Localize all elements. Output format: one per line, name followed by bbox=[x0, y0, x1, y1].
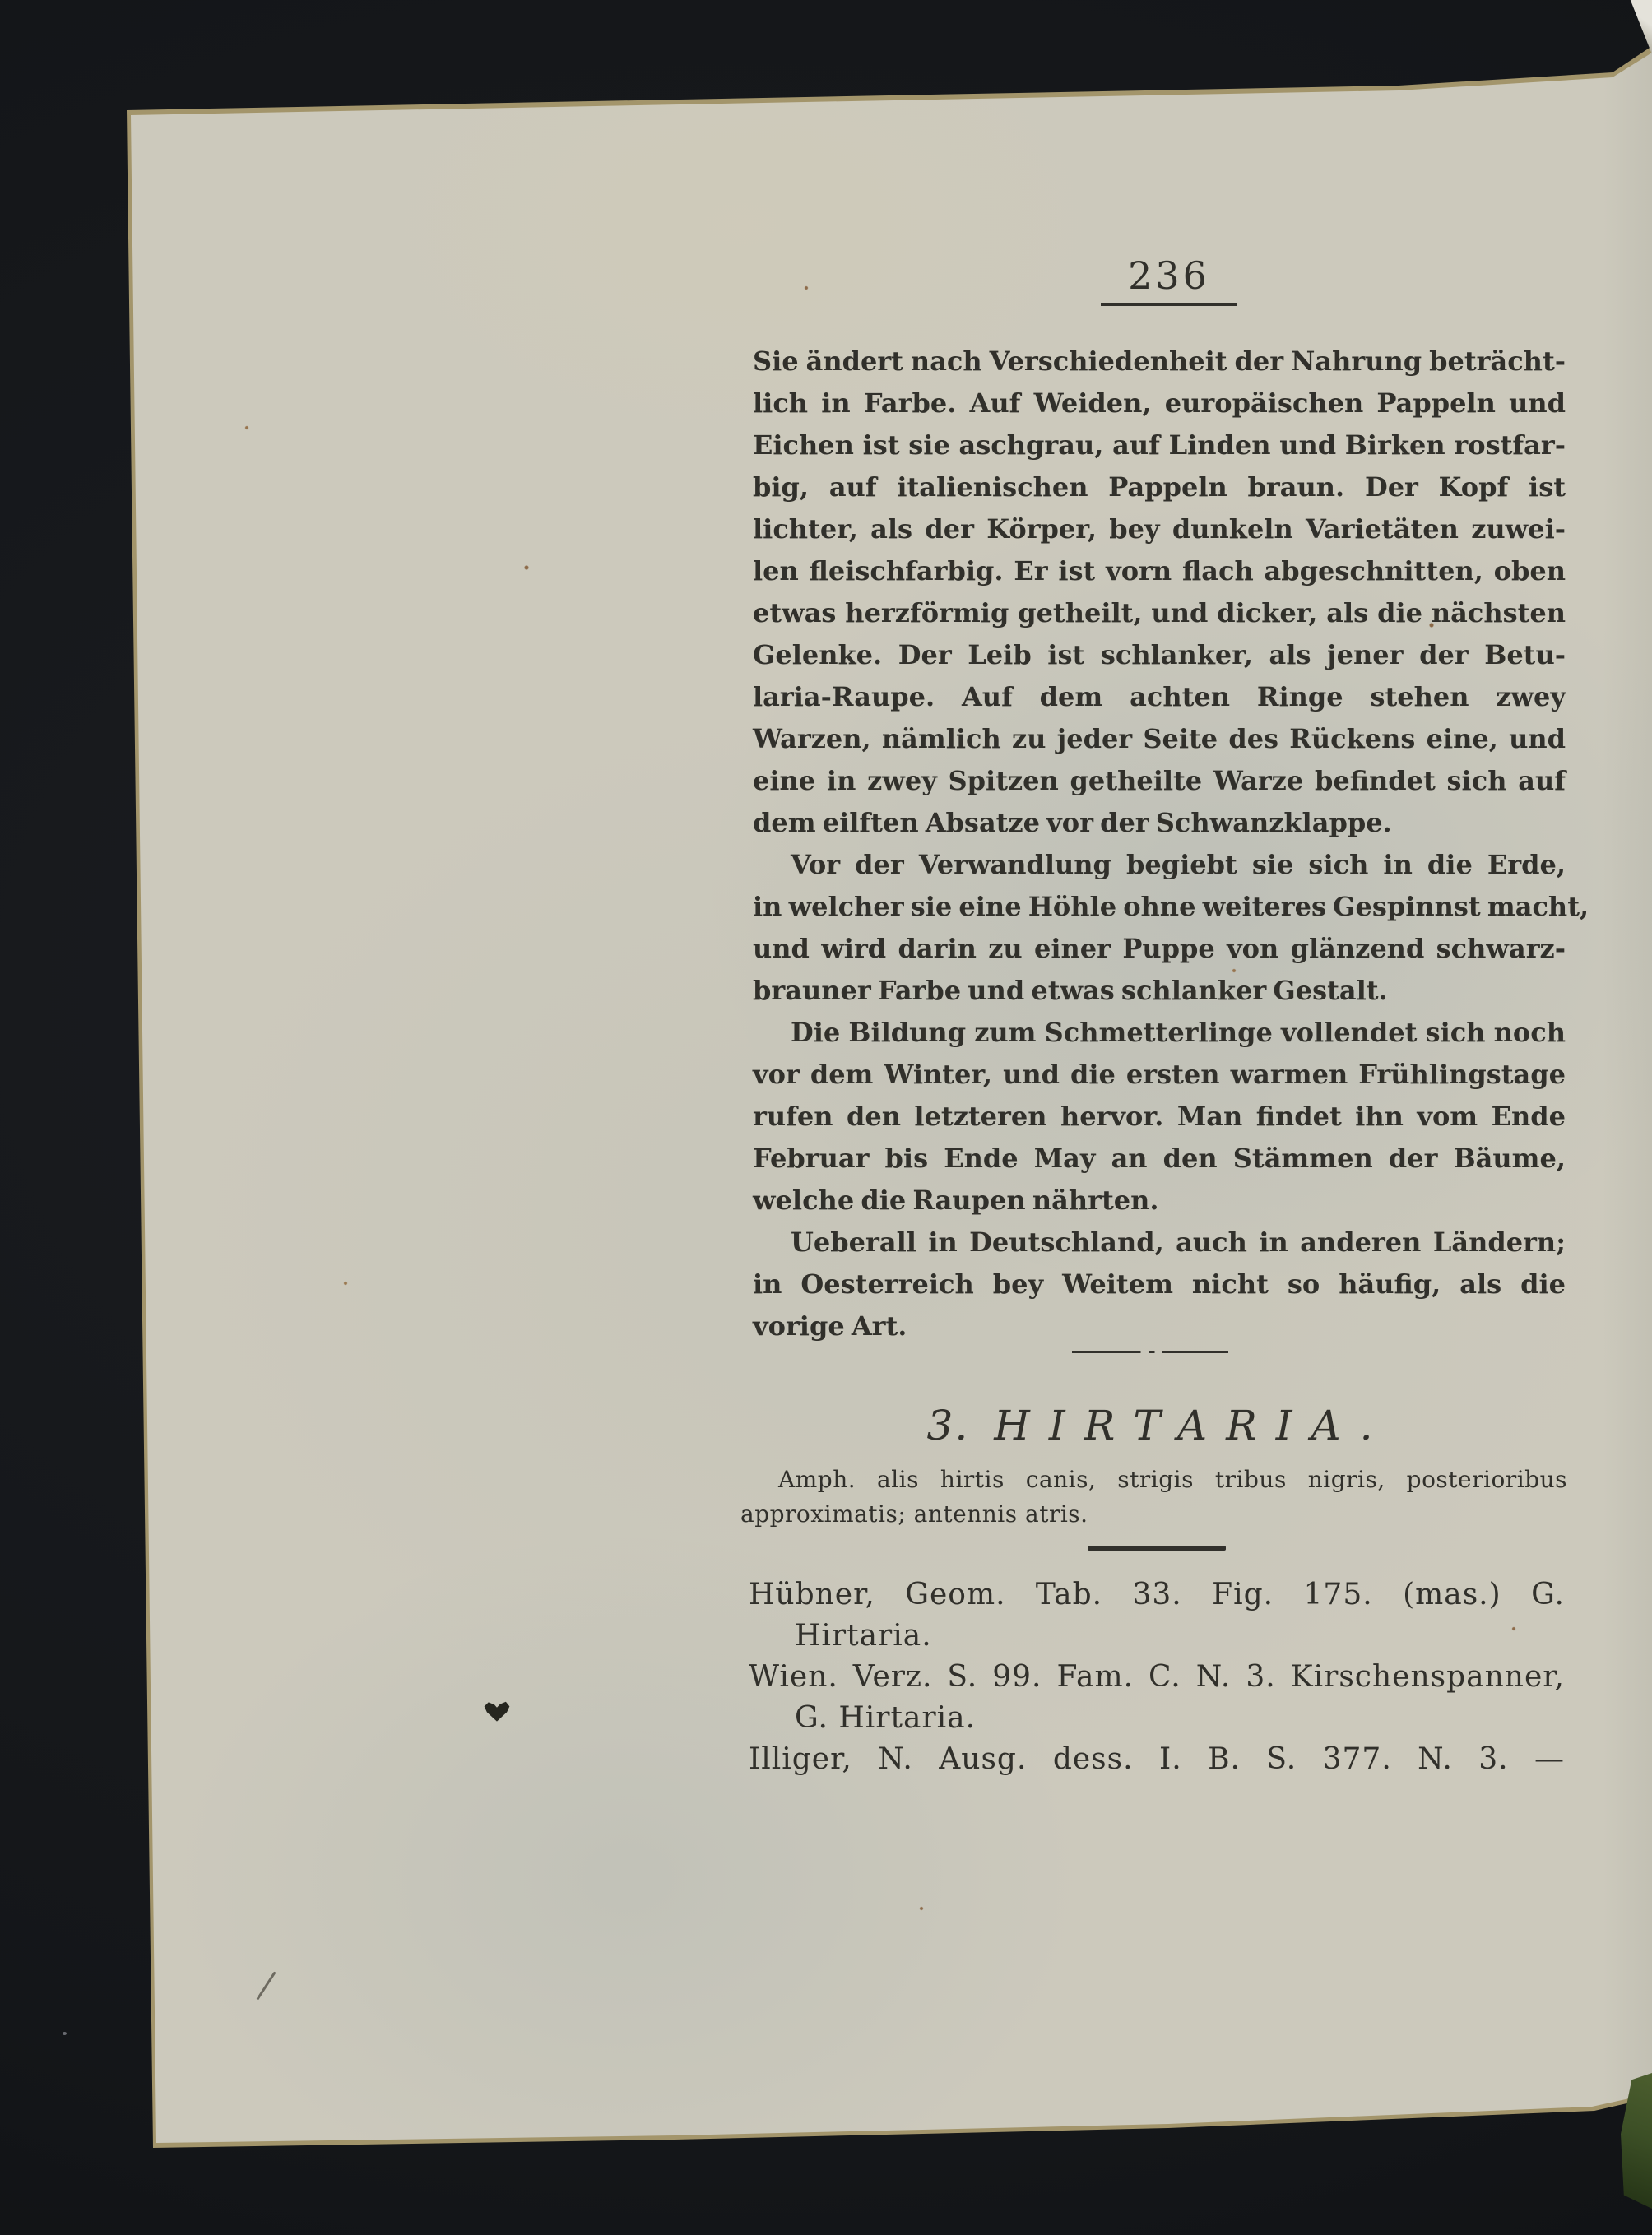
section-number: 3. bbox=[927, 1402, 970, 1449]
text-line: in welcher sie eine Höhle ohne weiteres … bbox=[753, 886, 1566, 928]
diagnosis-divider bbox=[1088, 1546, 1226, 1551]
text-line: etwas herzförmig getheilt, und dicker, a… bbox=[753, 592, 1566, 634]
text-line: eine in zwey Spitzen getheilte Warze bef… bbox=[753, 760, 1566, 802]
text-line: big, auf italienischen Pappeln braun. De… bbox=[753, 466, 1566, 508]
text-line: Die Bildung zum Schmetterlinge vollendet… bbox=[753, 1012, 1566, 1054]
page-number: 236 bbox=[1101, 253, 1237, 306]
section-heading: 3.HIRTARIA. bbox=[753, 1402, 1566, 1453]
text-line: brauner Farbe und etwas schlanker Gestal… bbox=[753, 970, 1566, 1012]
scanner-background: 236 Sie ändert nach Verschiedenheit der … bbox=[0, 0, 1652, 2235]
text-line: Vor der Verwandlung begiebt sie sich in … bbox=[753, 844, 1566, 886]
text-line: rufen den letzteren hervor. Man findet i… bbox=[753, 1096, 1566, 1138]
section-divider bbox=[1072, 1351, 1228, 1353]
text-line: len fleischfarbig. Er ist vorn flach abg… bbox=[753, 550, 1566, 592]
page-curl bbox=[1626, 0, 1652, 54]
text-line: lich in Farbe. Auf Weiden, europäischen … bbox=[753, 383, 1566, 424]
text-line: Eichen ist sie aschgrau, auf Linden und … bbox=[753, 424, 1566, 466]
text-line: und wird darin zu einer Puppe von glänze… bbox=[753, 928, 1566, 970]
text-line: lichter, als der Körper, bey dunkeln Var… bbox=[753, 508, 1566, 550]
section-title: HIRTARIA. bbox=[994, 1402, 1391, 1449]
text-line: approximatis; antennis atris. bbox=[740, 1497, 1567, 1532]
text-line: Hirtaria. bbox=[749, 1616, 1565, 1657]
text-line: Illiger, N. Ausg. dess. I. B. S. 377. N.… bbox=[749, 1739, 1565, 1780]
text-line: Gelenke. Der Leib ist schlanker, als jen… bbox=[753, 634, 1566, 676]
text-line: Wien. Verz. S. 99. Fam. C. N. 3. Kirsche… bbox=[749, 1657, 1565, 1698]
text-line: welche die Raupen nährten. bbox=[753, 1180, 1566, 1222]
body-text: Sie ändert nach Verschiedenheit der Nahr… bbox=[753, 341, 1566, 1347]
text-line: Hübner, Geom. Tab. 33. Fig. 175. (mas.) … bbox=[749, 1574, 1565, 1616]
references-list: Hübner, Geom. Tab. 33. Fig. 175. (mas.) … bbox=[749, 1574, 1565, 1780]
text-line: Sie ändert nach Verschiedenheit der Nahr… bbox=[753, 341, 1566, 383]
text-line: Ueberall in Deutschland, auch in anderen… bbox=[753, 1222, 1566, 1264]
text-line: in Oesterreich bey Weitem nicht so häufi… bbox=[753, 1264, 1566, 1305]
latin-diagnosis: Amph. alis hirtis canis, strigis tribus … bbox=[740, 1463, 1567, 1532]
text-line: vorige Art. bbox=[753, 1305, 1566, 1347]
text-line: vor dem Winter, und die ersten warmen Fr… bbox=[753, 1054, 1566, 1096]
text-line: Februar bis Ende May an den Stämmen der … bbox=[753, 1138, 1566, 1180]
text-line: dem eilften Absatze vor der Schwanzklapp… bbox=[753, 802, 1566, 844]
text-line: laria-Raupe. Auf dem achten Ringe stehen… bbox=[753, 676, 1566, 718]
dust-speck bbox=[63, 2032, 67, 2035]
text-line: Amph. alis hirtis canis, strigis tribus … bbox=[740, 1463, 1567, 1497]
text-line: Warzen, nämlich zu jeder Seite des Rücke… bbox=[753, 718, 1566, 760]
text-line: G. Hirtaria. bbox=[749, 1698, 1565, 1739]
